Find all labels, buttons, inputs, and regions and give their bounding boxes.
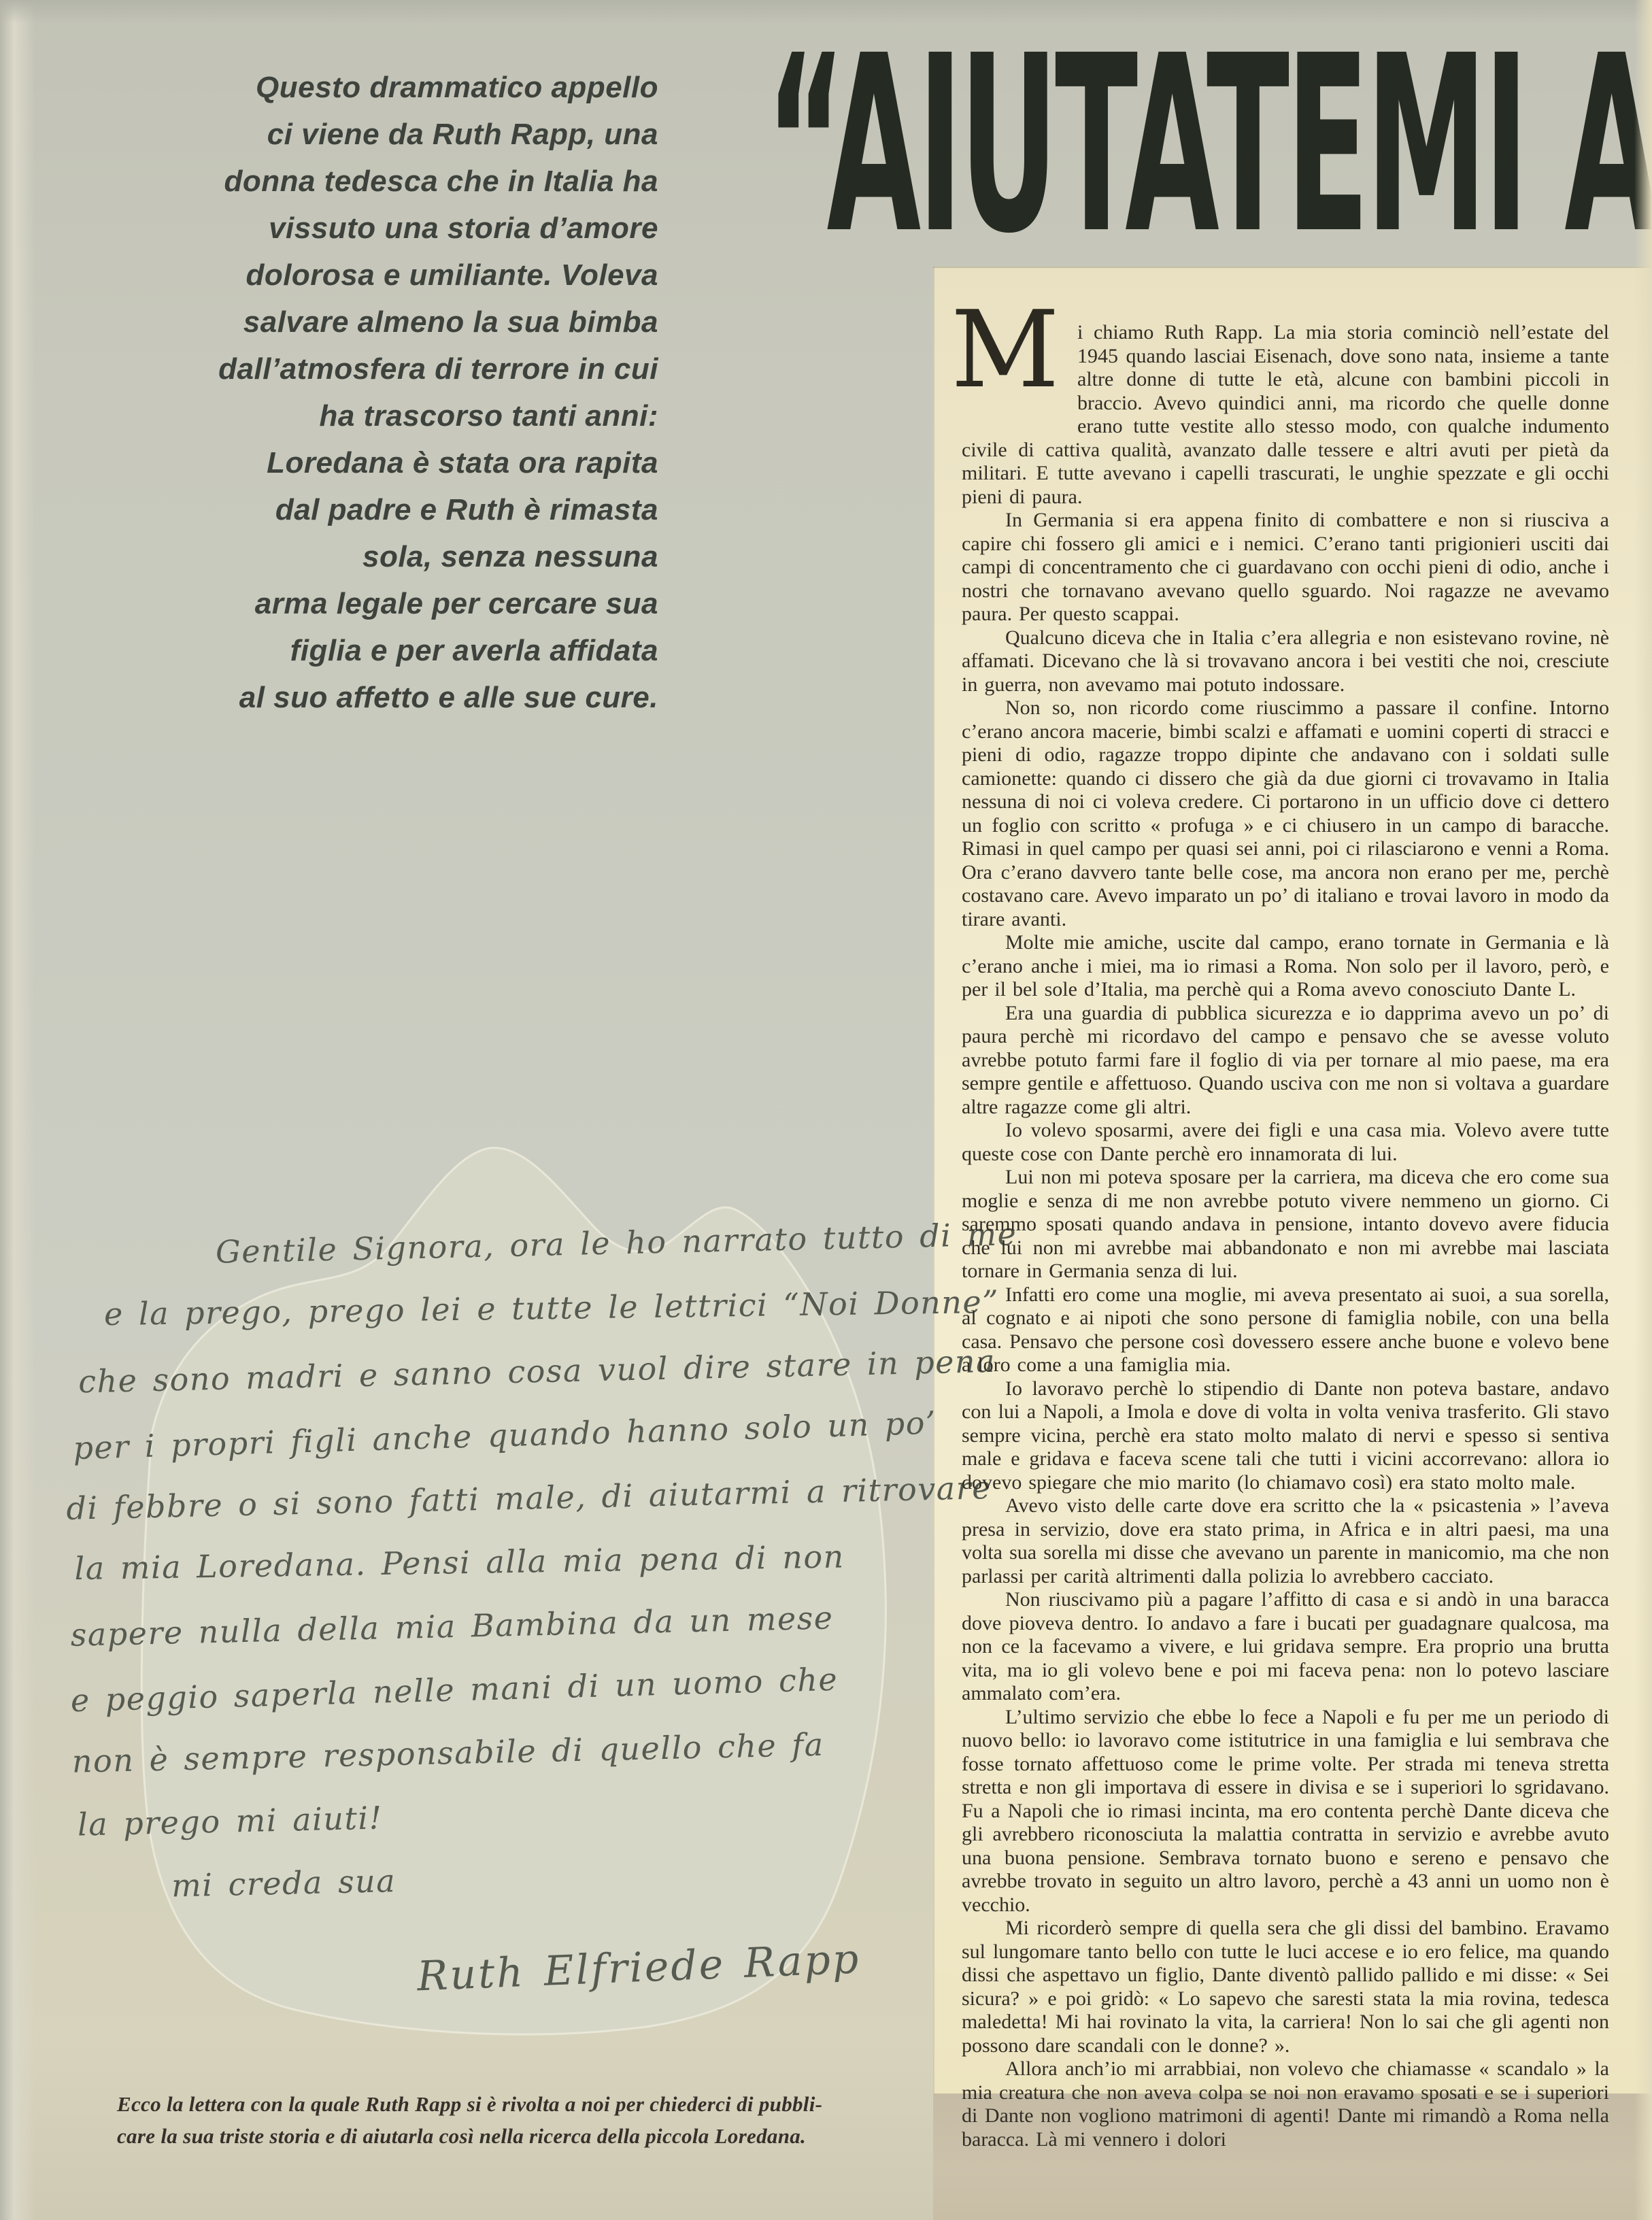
- intro-line: salvare almeno la sua bimba: [94, 299, 658, 346]
- page-left-edge: [0, 0, 35, 2220]
- intro-line: Loredana è stata ora rapita: [94, 439, 658, 486]
- article-paragraph: i chiamo Ruth Rapp. La mia storia cominc…: [962, 321, 1609, 509]
- article-paragraph: Mi ricorderò sempre di quella sera che g…: [962, 1917, 1609, 2057]
- letter-lines: Gentile Signora, ora le ho narrato tutto…: [60, 1205, 958, 1857]
- intro-line: arma legale per cercare sua: [94, 580, 658, 627]
- intro-line: Questo drammatico appello: [94, 64, 658, 111]
- article-body: i chiamo Ruth Rapp. La mia storia cominc…: [962, 321, 1609, 2151]
- article-paragraph: In Germania si era appena finito di comb…: [962, 509, 1609, 626]
- intro-line: ci viene da Ruth Rapp, una: [94, 111, 658, 158]
- intro-line: donna tedesca che in Italia ha: [94, 158, 658, 205]
- article-paragraph: Non so, non ricordo come riuscimmo a pas…: [962, 696, 1609, 931]
- intro-line: vissuto una storia d’amore: [94, 205, 658, 252]
- article-paragraph: Era una guardia di pubblica sicurezza e …: [962, 1002, 1609, 1120]
- article-paragraph: Io volevo sposarmi, avere dei figli e un…: [962, 1119, 1609, 1166]
- page-headline: “AIUTATEMI A: [766, 44, 1652, 248]
- article-paragraph: Lui non mi poteva sposare per la carrier…: [962, 1166, 1609, 1283]
- article-paragraph: Io lavoravo perchè lo stipendio di Dante…: [962, 1377, 1609, 1495]
- intro-line: dolorosa e umiliante. Voleva: [94, 252, 658, 299]
- page-right-edge: [1634, 0, 1652, 2220]
- article-paragraph: Qualcuno diceva che in Italia c’era alle…: [962, 626, 1609, 697]
- caption-line: care la sua triste storia e di aiutarla …: [117, 2120, 920, 2152]
- intro-line: dal padre e Ruth è rimasta: [94, 486, 658, 533]
- article-paragraph: Infatti ero come una moglie, mi aveva pr…: [962, 1283, 1609, 1377]
- caption-line: Ecco la lettera con la quale Ruth Rapp s…: [117, 2088, 920, 2120]
- intro-line: dall’atmosfera di terrore in cui: [94, 346, 658, 392]
- article-paragraph: Molte mie amiche, uscite dal campo, eran…: [962, 931, 1609, 1002]
- photo-caption: Ecco la lettera con la quale Ruth Rapp s…: [117, 2088, 920, 2152]
- drop-cap-spacer: [962, 321, 1077, 431]
- article-paragraph: Allora anch’io mi arrabbiai, non volevo …: [962, 2057, 1609, 2151]
- article-paragraph: Non riuscivamo più a pagare l’affitto di…: [962, 1588, 1609, 1706]
- magazine-page: “AIUTATEMI A Questo drammatico appelloci…: [0, 0, 1652, 2220]
- handwritten-letter: Gentile Signora, ora le ho narrato tutto…: [60, 1205, 962, 2012]
- article-paragraph: Avevo visto delle carte dove era scritto…: [962, 1494, 1609, 1588]
- article-paragraph: L’ultimo servizio che ebbe lo fece a Nap…: [962, 1706, 1609, 1917]
- intro-block: Questo drammatico appelloci viene da Rut…: [94, 64, 658, 721]
- intro-line: figlia e per averla affidata: [94, 627, 658, 674]
- intro-line: sola, senza nessuna: [94, 533, 658, 580]
- intro-line: ha trascorso tanti anni:: [94, 392, 658, 439]
- intro-line: al suo affetto e alle sue cure.: [94, 674, 658, 721]
- letter-line: e la prego, prego lei e tutte le lettric…: [103, 1271, 946, 1346]
